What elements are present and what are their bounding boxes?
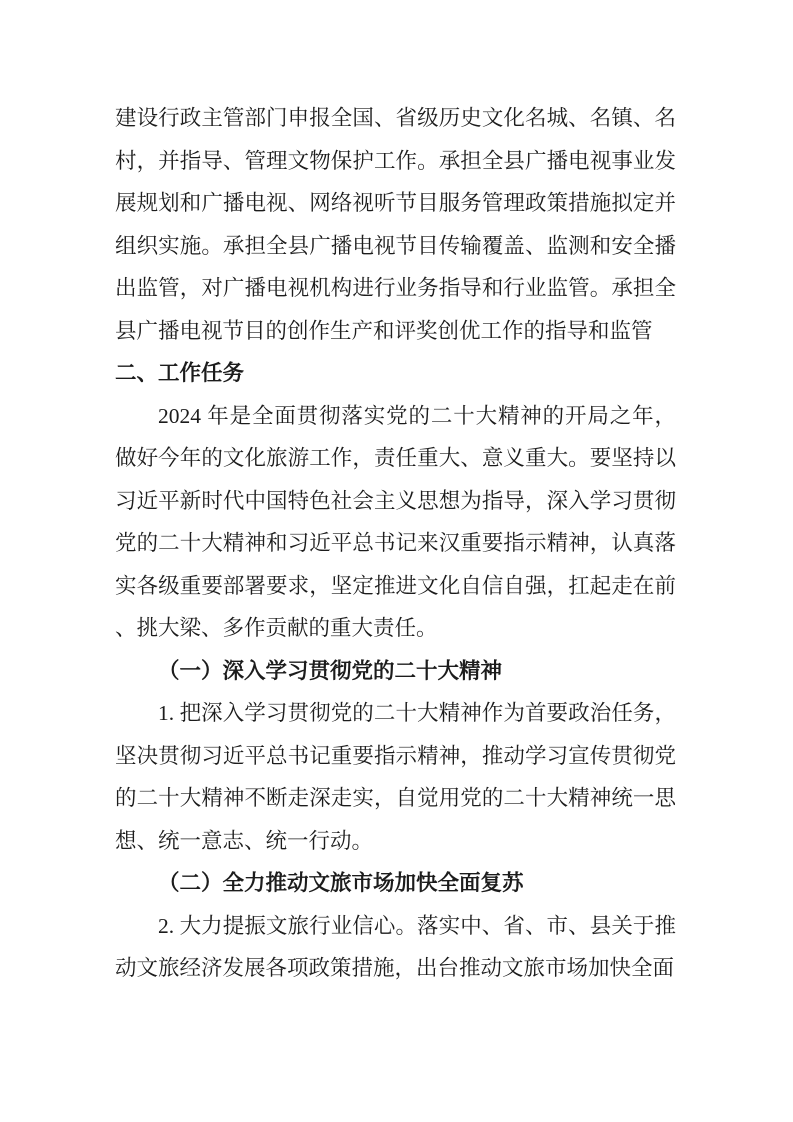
paragraph: 2024 年是全面贯彻落实党的二十大精神的开局之年，做好今年的文化旅游工作，责任… <box>115 395 676 650</box>
document-page: 建设行政主管部门申报全国、省级历史文化名城、名镇、名村，并指导、管理文物保护工作… <box>0 0 793 1122</box>
document-body: 建设行政主管部门申报全国、省级历史文化名城、名镇、名村，并指导、管理文物保护工作… <box>115 97 676 990</box>
paragraph: 建设行政主管部门申报全国、省级历史文化名城、名镇、名村，并指导、管理文物保护工作… <box>115 97 676 352</box>
paragraph: 2. 大力提振文旅行业信心。落实中、省、市、县关于推动文旅经济发展各项政策措施，… <box>115 905 676 990</box>
section-heading: 二、工作任务 <box>115 352 676 395</box>
section-heading: （一）深入学习贯彻党的二十大精神 <box>115 650 676 693</box>
paragraph: 1. 把深入学习贯彻党的二十大精神作为首要政治任务，坚决贯彻习近平总书记重要指示… <box>115 692 676 862</box>
section-heading: （二）全力推动文旅市场加快全面复苏 <box>115 862 676 905</box>
